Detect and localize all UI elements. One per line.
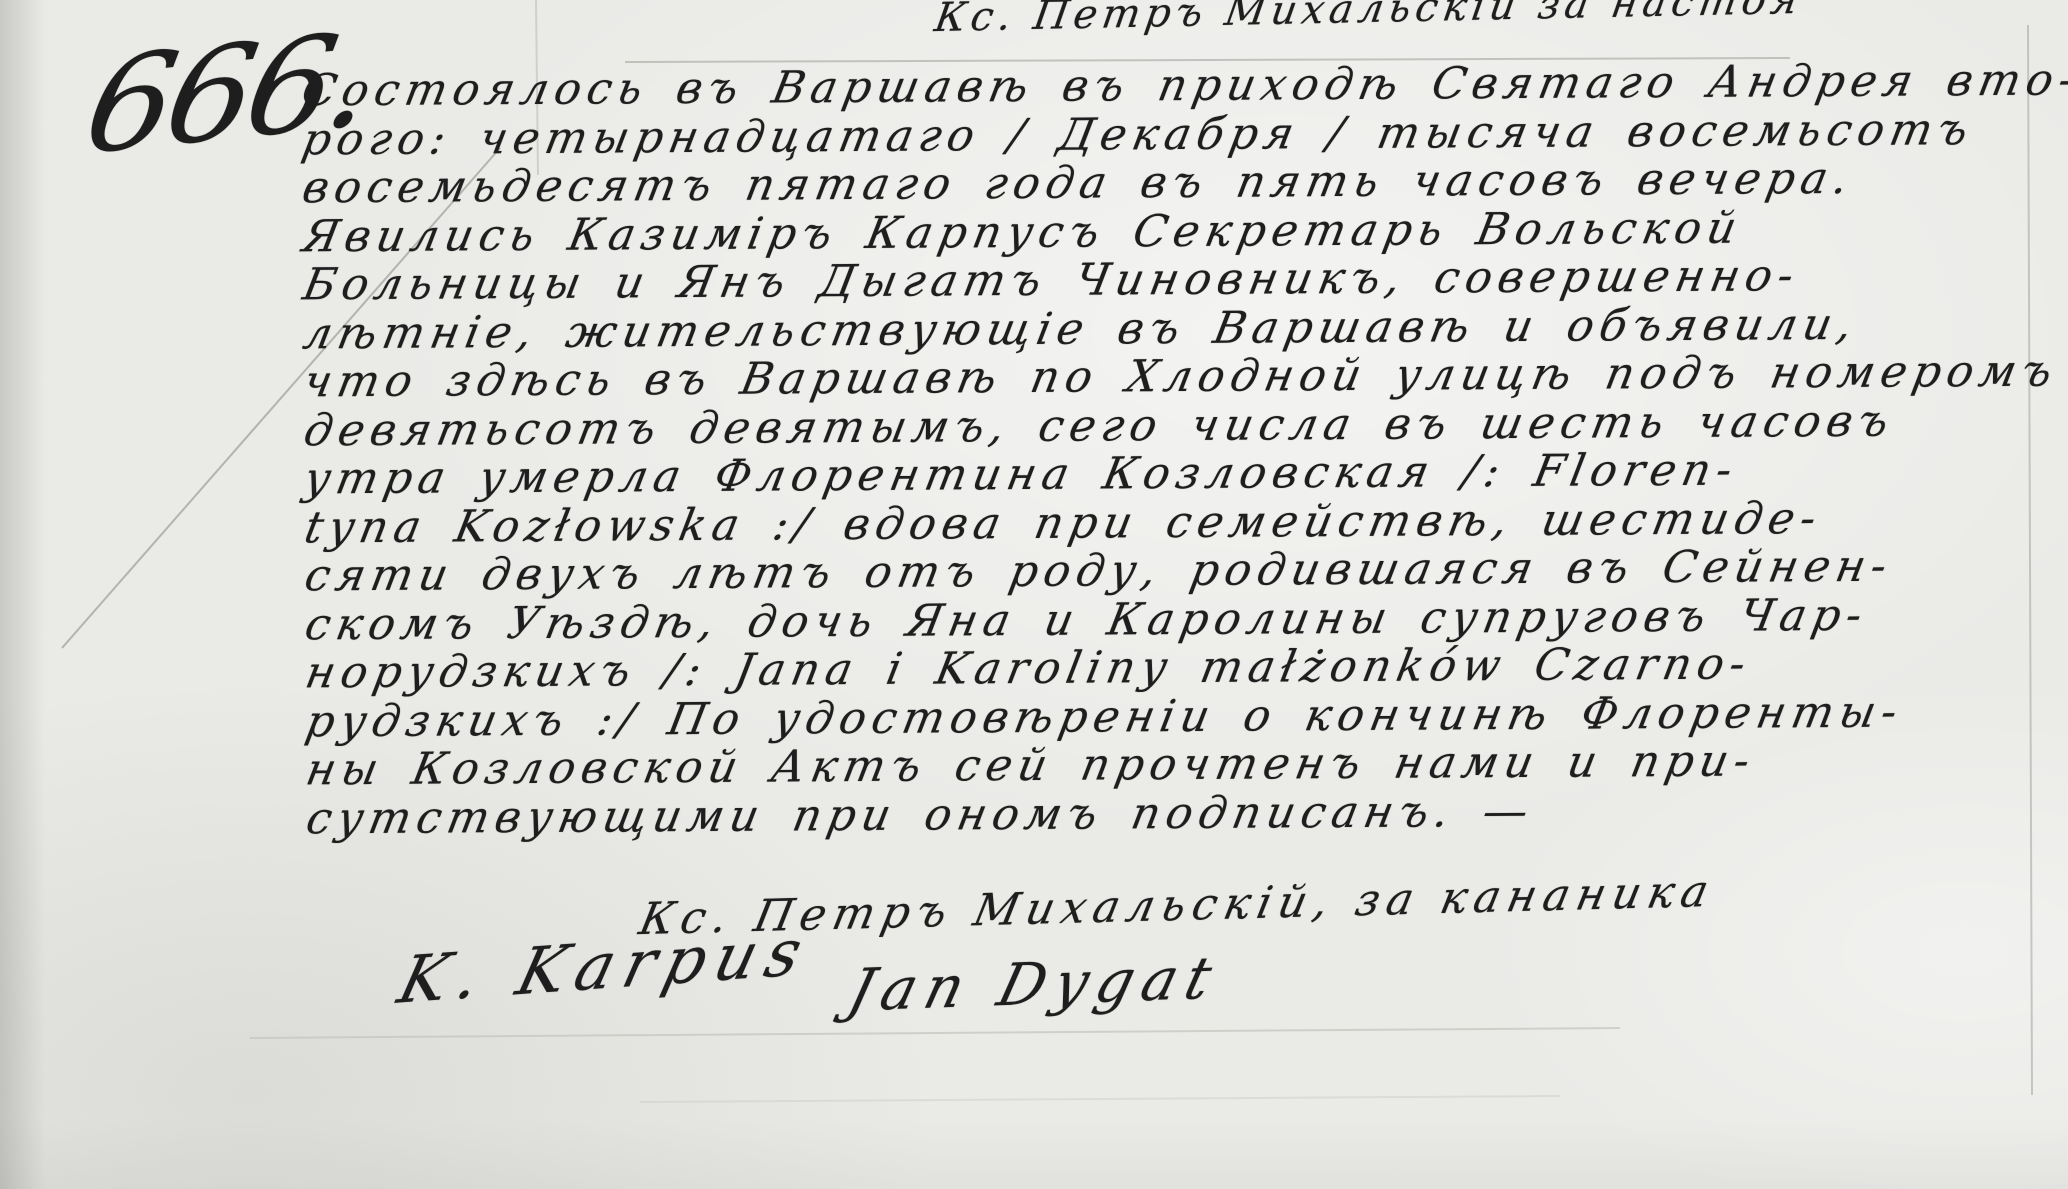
record-line: сутствующими при ономъ подписанъ. — <box>302 784 2068 843</box>
manuscript-page: { "record": { "number": "666.", "top_ann… <box>0 0 2068 1189</box>
signature-karpus: K. Karpus <box>391 915 819 1019</box>
top-annotation: Кс. Петръ Михальскiй за настоя <box>932 0 1807 41</box>
pencil-line-bottom-2 <box>640 1096 1560 1102</box>
pencil-line-bottom <box>250 1028 1620 1038</box>
signature-dygat: Jan Dygat <box>842 943 1228 1025</box>
record-body: Состоялось въ Варшавѣ въ приходѣ Святаго… <box>298 57 2068 844</box>
